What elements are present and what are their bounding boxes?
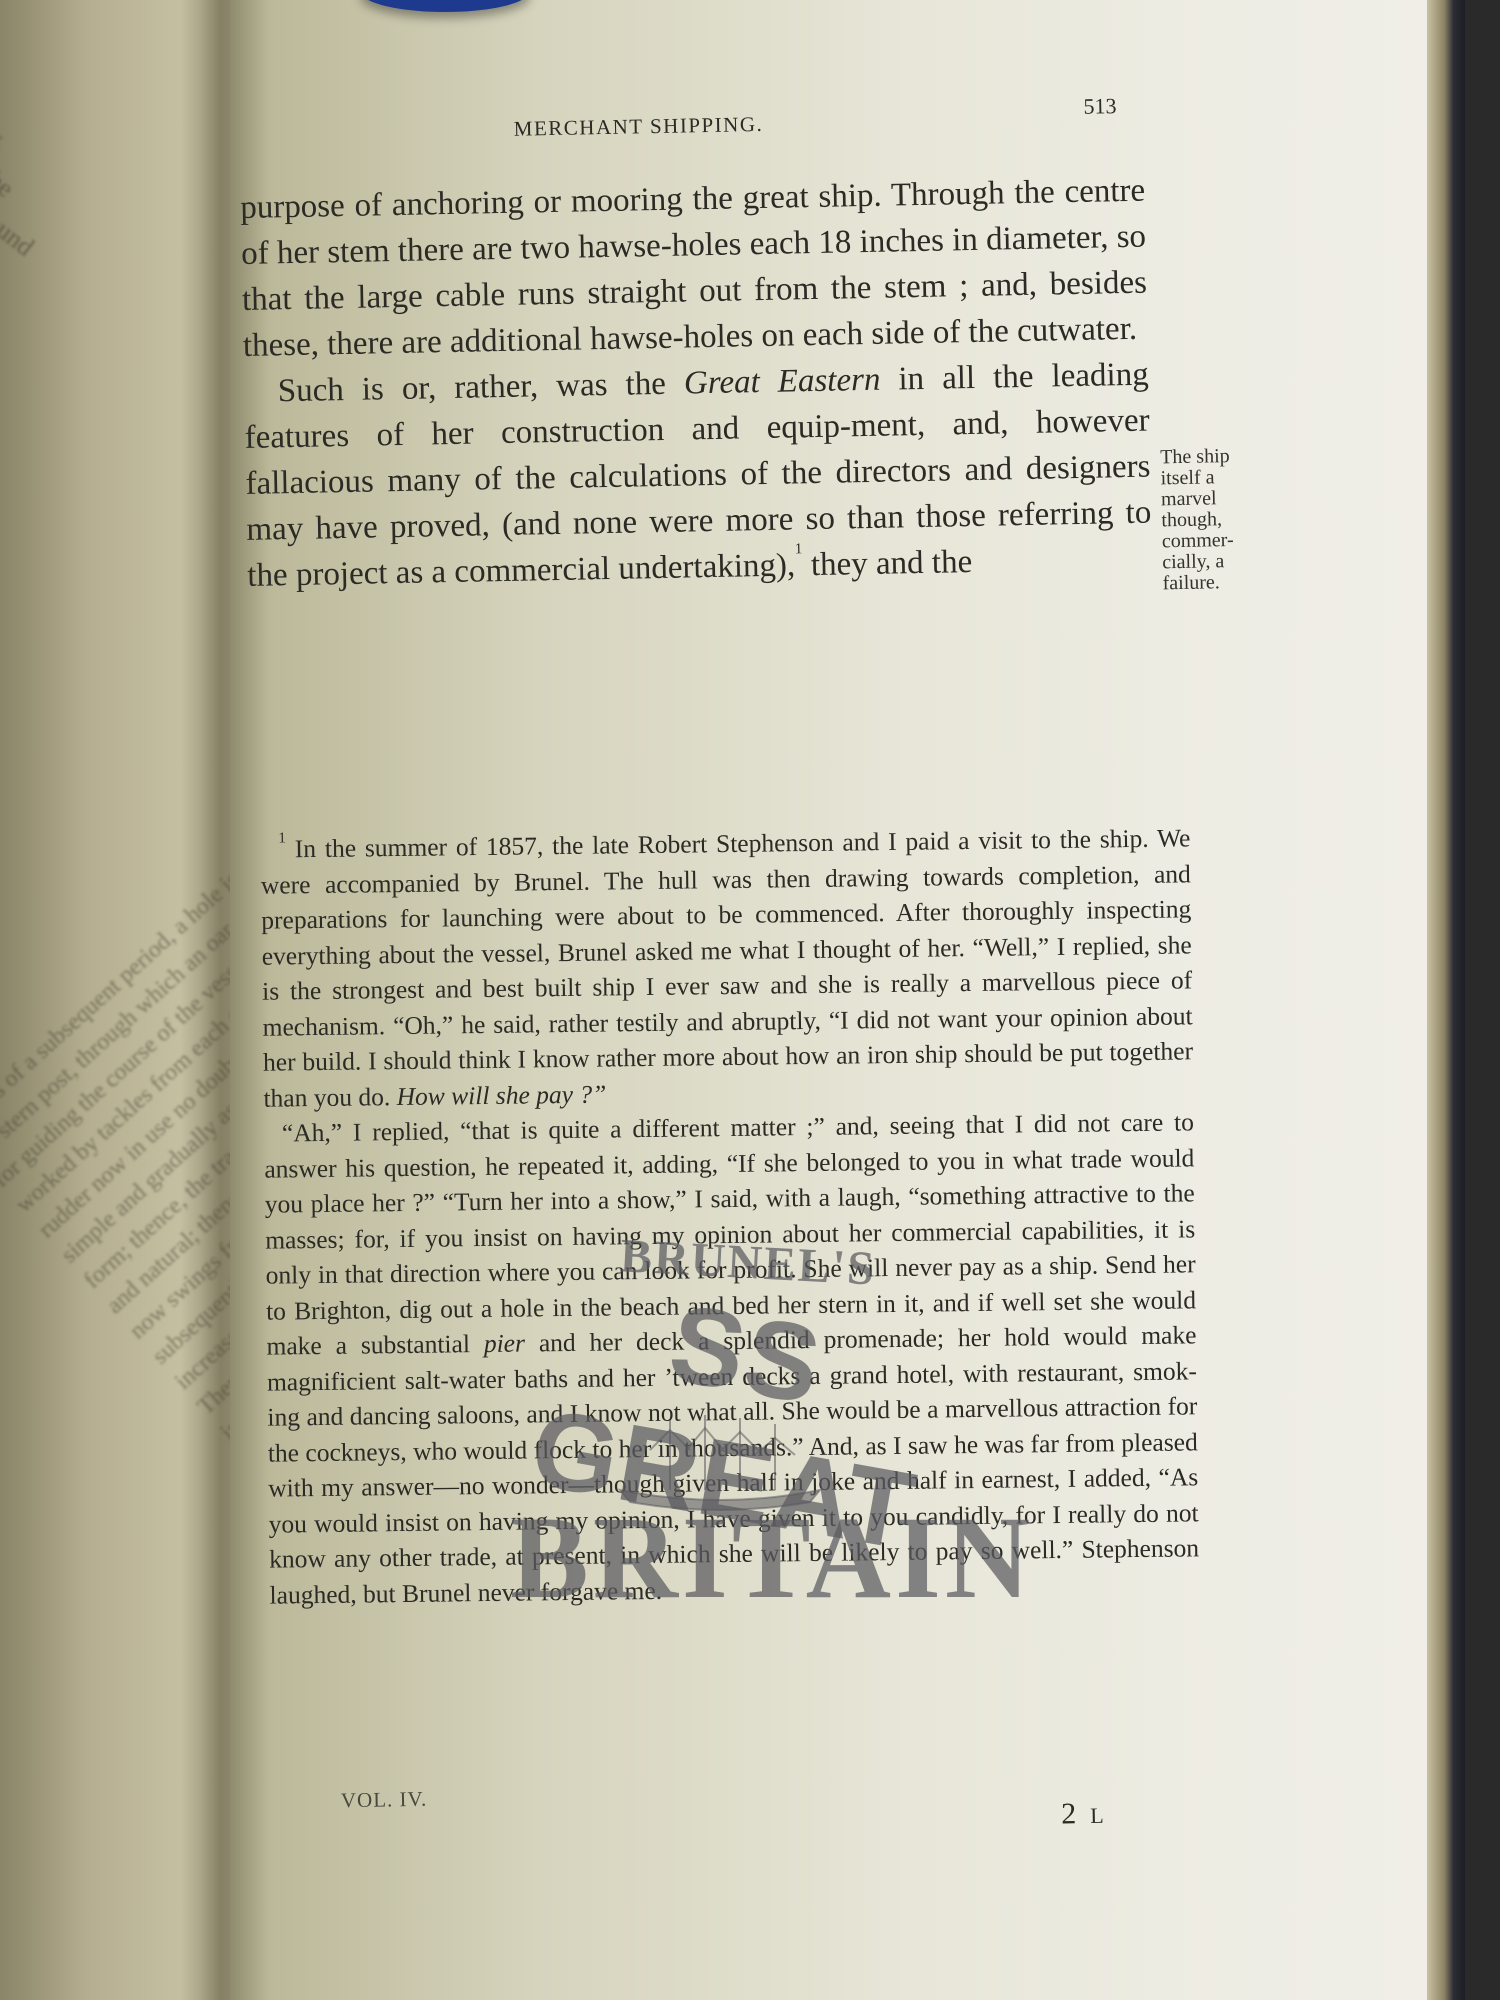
footnote-paragraph-1: 1 In the summer of 1857, the late Robert…: [260, 820, 1193, 1115]
body-paragraph-1: purpose of anchoring or mooring the grea…: [240, 168, 1148, 369]
text-run: and her deck a splendid promenade; her h…: [267, 1320, 1199, 1609]
book-photo: from back to belly, iron cheeks within t…: [0, 0, 1500, 2000]
signature-number: 2: [1061, 1797, 1077, 1830]
text-run: Such is or, rather, was the: [277, 365, 684, 409]
page-edge: [1427, 0, 1465, 2000]
footnote-paragraph-2: “Ah,” I replied, “that is quite a differ…: [264, 1104, 1200, 1612]
text-run: In the summer of 1857, the late Robert S…: [261, 823, 1193, 1112]
left-page-text-top: from back to belly, iron cheeks within t…: [0, 10, 175, 931]
page-number: 513: [1083, 93, 1116, 120]
volume-signature: VOL. IV.: [341, 1787, 428, 1814]
body-paragraph-2: Such is or, rather, was the Great Easter…: [243, 352, 1152, 599]
italic-quote: How will she pay ?”: [396, 1079, 606, 1111]
footnote: 1 In the summer of 1857, the late Robert…: [260, 820, 1199, 1612]
signature-mark: 2L: [1061, 1797, 1104, 1832]
footnote-marker: 1: [278, 830, 286, 846]
running-head: MERCHANT SHIPPING.: [514, 112, 764, 142]
signature-letter: L: [1090, 1803, 1104, 1828]
ship-name-italic: Great Eastern: [684, 362, 881, 402]
italic-word: pier: [484, 1329, 525, 1358]
body-text: purpose of anchoring or mooring the grea…: [240, 168, 1153, 599]
text-run: they and the: [802, 544, 972, 583]
marginal-note: The ship itself a marvel though, commer-…: [1160, 445, 1263, 594]
